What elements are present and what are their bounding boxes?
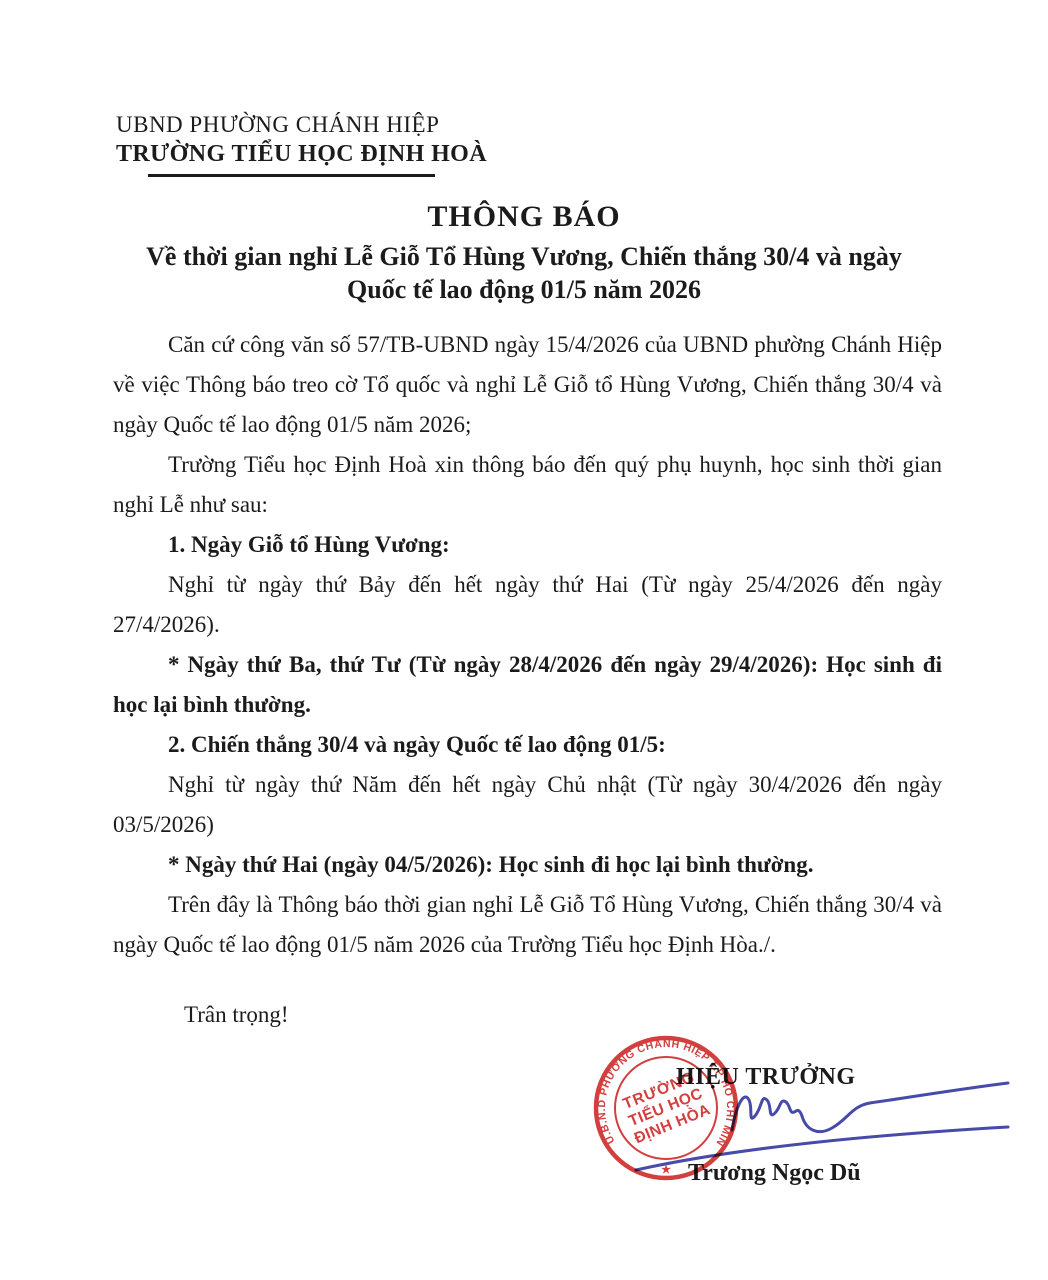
paragraph-announcement: Trường Tiểu học Định Hoà xin thông báo đ… (113, 445, 942, 525)
org-header: UBND PHƯỜNG CHÁNH HIỆP TRƯỜNG TIỂU HỌC Đ… (116, 112, 487, 177)
section-2-heading: 2. Chiến thắng 30/4 và ngày Quốc tế lao … (113, 725, 942, 765)
document-body: Căn cứ công văn số 57/TB-UBND ngày 15/4/… (113, 325, 942, 1035)
section-1-heading: 1. Ngày Giỗ tổ Hùng Vương: (113, 525, 942, 565)
org-name-school: TRƯỜNG TIỂU HỌC ĐỊNH HOÀ (116, 141, 487, 168)
document-page: UBND PHƯỜNG CHÁNH HIỆP TRƯỜNG TIỂU HỌC Đ… (0, 0, 1048, 1280)
section-1-note: * Ngày thứ Ba, thứ Tư (Từ ngày 28/4/2026… (113, 645, 942, 725)
org-name-parent: UBND PHƯỜNG CHÁNH HIỆP (116, 112, 487, 138)
paragraph-summary: Trên đây là Thông báo thời gian nghỉ Lễ … (113, 885, 942, 965)
document-title: THÔNG BÁO (0, 200, 1048, 234)
section-1-text: Nghỉ từ ngày thứ Bảy đến hết ngày thứ Ha… (113, 565, 942, 645)
closing-salutation: Trân trọng! (113, 995, 942, 1035)
paragraph-legal-basis: Căn cứ công văn số 57/TB-UBND ngày 15/4/… (113, 325, 942, 445)
section-2-note: * Ngày thứ Hai (ngày 04/5/2026): Học sin… (113, 845, 942, 885)
section-2-text: Nghỉ từ ngày thứ Năm đến hết ngày Chủ nh… (113, 765, 942, 845)
handwritten-signature (618, 1058, 1018, 1178)
subtitle-line-1: Về thời gian nghỉ Lễ Giỗ Tổ Hùng Vương, … (0, 240, 1048, 273)
title-block: THÔNG BÁO Về thời gian nghỉ Lễ Giỗ Tổ Hù… (0, 200, 1048, 306)
subtitle-line-2: Quốc tế lao động 01/5 năm 2026 (0, 273, 1048, 306)
document-subtitle: Về thời gian nghỉ Lễ Giỗ Tổ Hùng Vương, … (0, 240, 1048, 306)
header-underline (148, 174, 435, 177)
